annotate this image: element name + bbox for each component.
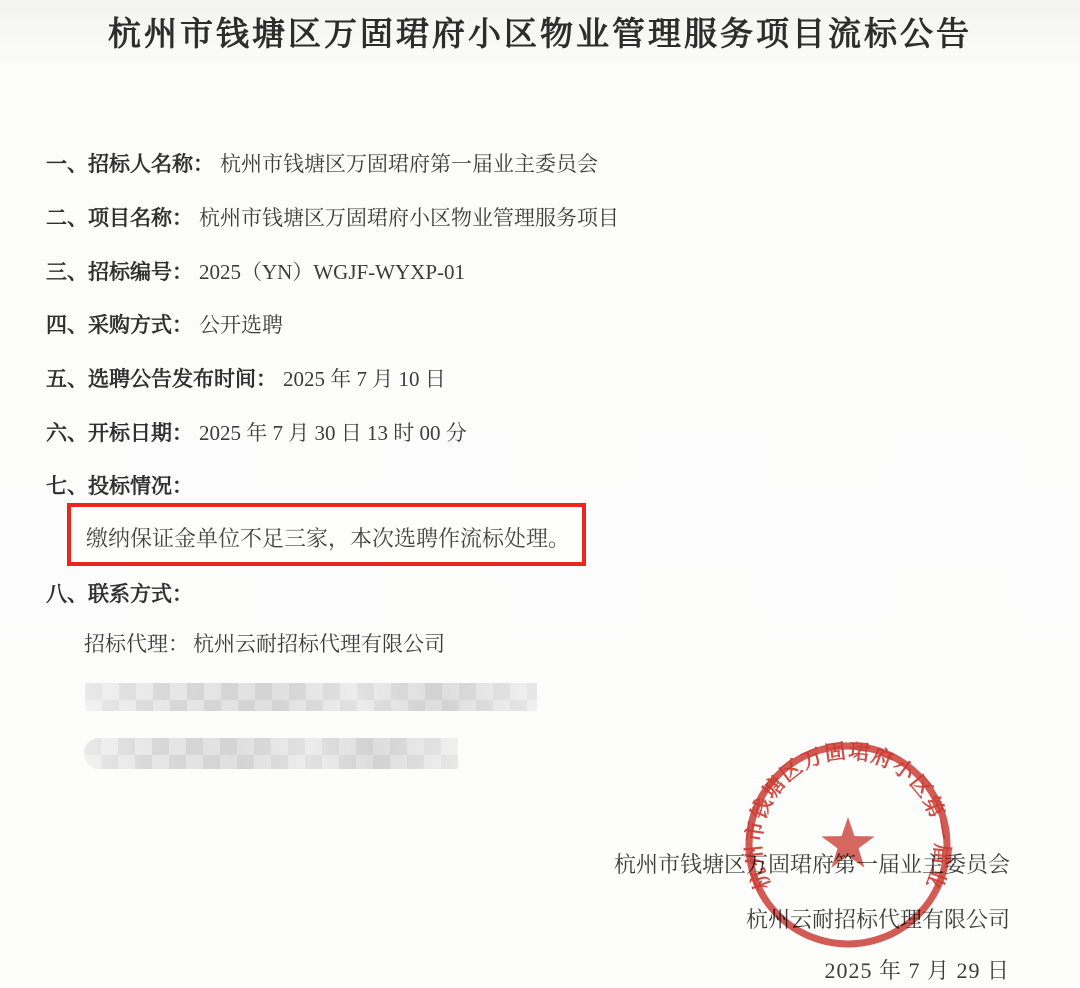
doc-item-procurement-method: 四、采购方式：公开选聘 bbox=[46, 309, 283, 339]
agent-label: 招标代理： bbox=[84, 632, 189, 656]
item-value: 2025（YN）WGJF-WYXP-01 bbox=[199, 260, 465, 284]
seal-rim-text: 杭州市钱塘区万固珺府小区第一届业主委员会 bbox=[741, 739, 954, 893]
committee-seal: 杭州市钱塘区万固珺府小区第一届业主委员会 bbox=[733, 730, 963, 960]
item-value: 公开选聘 bbox=[199, 313, 283, 337]
item-label: 投标情况： bbox=[88, 474, 193, 498]
signature-agency: 杭州云耐招标代理有限公司 bbox=[746, 903, 1010, 934]
item-label: 选聘公告发布时间： bbox=[88, 367, 277, 391]
svg-text:杭州市钱塘区万固珺府小区第一届业主委员会: 杭州市钱塘区万固珺府小区第一届业主委员会 bbox=[741, 739, 954, 893]
item-number: 五、 bbox=[46, 367, 88, 391]
item-number: 六、 bbox=[46, 421, 88, 445]
doc-item-bidder: 一、招标人名称：杭州市钱塘区万固珺府第一届业主委员会 bbox=[46, 148, 598, 178]
item-value: 杭州市钱塘区万固珺府小区物业管理服务项目 bbox=[199, 206, 619, 230]
page-title: 杭州市钱塘区万固珺府小区物业管理服务项目流标公告 bbox=[0, 8, 1080, 55]
item-number: 一、 bbox=[46, 152, 88, 176]
signature-committee: 杭州市钱塘区万固珺府第一届业主委员会 bbox=[614, 848, 1010, 879]
item-number: 七、 bbox=[46, 474, 88, 498]
agent-value: 杭州云耐招标代理有限公司 bbox=[193, 632, 445, 656]
item-label: 项目名称： bbox=[88, 206, 193, 230]
doc-item-bid-opening-date: 六、开标日期：2025 年 7 月 30 日 13 时 00 分 bbox=[46, 417, 467, 447]
item-number: 四、 bbox=[46, 313, 88, 337]
item-label: 采购方式： bbox=[88, 313, 193, 337]
item-value: 2025 年 7 月 30 日 13 时 00 分 bbox=[199, 421, 467, 445]
tender-agent-line: 招标代理：杭州云耐招标代理有限公司 bbox=[84, 628, 445, 658]
item-label: 招标编号： bbox=[88, 260, 193, 284]
item-label: 开标日期： bbox=[88, 421, 193, 445]
redacted-contact-line-1 bbox=[85, 683, 537, 711]
item-label: 联系方式： bbox=[88, 582, 193, 606]
seal-ring bbox=[749, 746, 947, 944]
highlight-text: 缴纳保证金单位不足三家，本次选聘作流标处理。 bbox=[71, 507, 582, 553]
redacted-contact-line-2 bbox=[84, 738, 458, 769]
doc-item-announcement-date: 五、选聘公告发布时间：2025 年 7 月 10 日 bbox=[46, 363, 446, 393]
doc-item-tender-number: 三、招标编号：2025（YN）WGJF-WYXP-01 bbox=[46, 256, 465, 286]
document-page: 杭州市钱塘区万固珺府小区物业管理服务项目流标公告 一、招标人名称：杭州市钱塘区万… bbox=[0, 0, 1080, 988]
doc-item-project-name: 二、项目名称：杭州市钱塘区万固珺府小区物业管理服务项目 bbox=[46, 202, 619, 232]
item-value: 杭州市钱塘区万固珺府第一届业主委员会 bbox=[220, 152, 598, 176]
doc-item-contact: 八、联系方式： bbox=[46, 578, 199, 608]
signature-date: 2025 年 7 月 29 日 bbox=[824, 954, 1010, 985]
item-number: 二、 bbox=[46, 206, 88, 230]
doc-item-bidding-situation: 七、投标情况： bbox=[46, 470, 199, 500]
item-number: 八、 bbox=[46, 582, 88, 606]
item-number: 三、 bbox=[46, 260, 88, 284]
item-value: 2025 年 7 月 10 日 bbox=[283, 367, 446, 391]
star-icon bbox=[821, 817, 874, 868]
item-label: 招标人名称： bbox=[88, 152, 214, 176]
highlight-box: 缴纳保证金单位不足三家，本次选聘作流标处理。 bbox=[67, 503, 586, 566]
